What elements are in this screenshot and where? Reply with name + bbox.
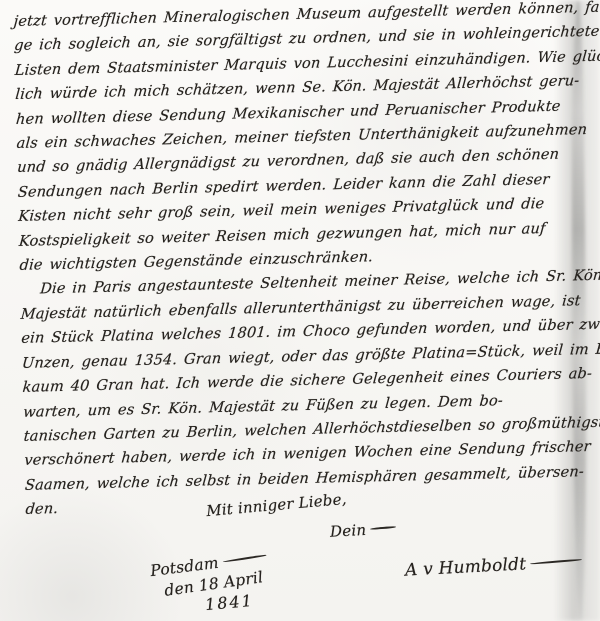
flourish-stroke — [222, 554, 266, 562]
flourish-stroke — [370, 526, 396, 530]
signature-text: A v Humboldt — [405, 554, 527, 580]
closing-pronoun: Dein — [330, 519, 397, 540]
flourish-stroke — [530, 558, 582, 564]
letter-scan-page: jetzt vortrefflichen Mineralogischen Mus… — [0, 0, 600, 621]
letter-body: jetzt vortrefflichen Mineralogischen Mus… — [12, 0, 570, 522]
closing-pronoun-text: Dein — [330, 521, 367, 541]
dateline-year: 1841 — [204, 591, 254, 614]
